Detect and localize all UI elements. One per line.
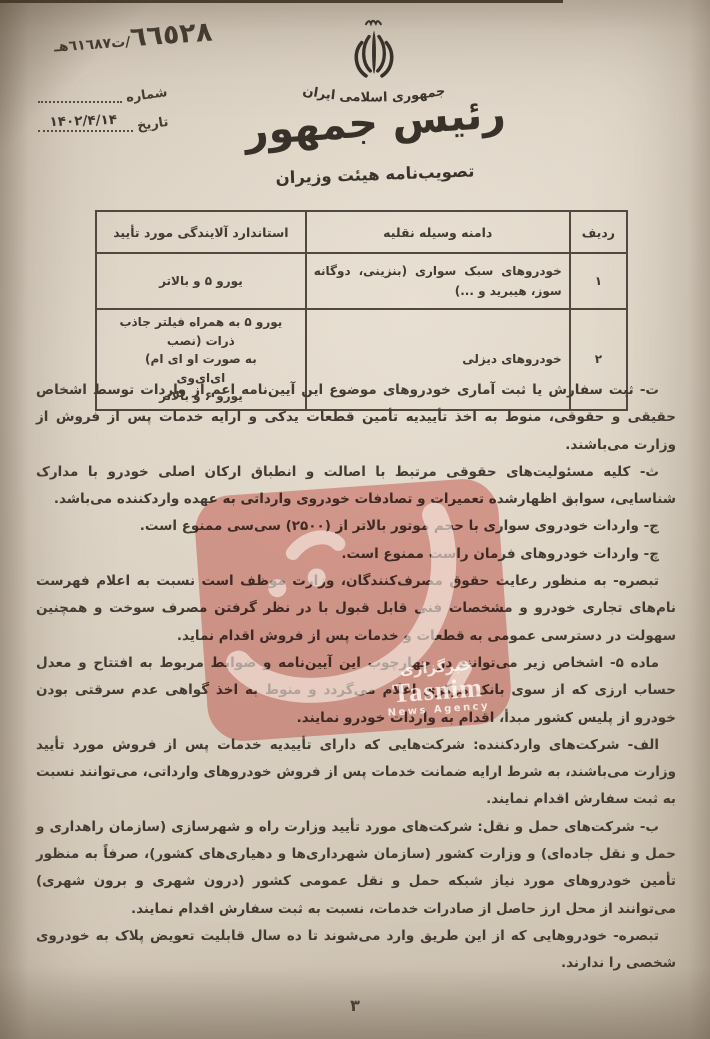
header-row-no: ردیف	[570, 211, 627, 253]
decree-number-main: ٦٦٥٢٨	[129, 16, 213, 53]
date-dotted-line: ۱۴۰۲/۴/۱۴	[38, 101, 133, 132]
body-paragraph: ت- ثبت سفارش یا ثبت آماری خودروهای موضوع…	[36, 377, 676, 459]
cabinet-decree-subtitle: تصویب‌نامه هیئت وزیران	[230, 160, 520, 189]
body-paragraph: تبصره- به منظور رعایت حقوق مصرف‌کنندگان،…	[36, 568, 676, 650]
body-paragraph: چ- واردات خودروهای فرمان راست ممنوع است.	[36, 541, 676, 568]
row1-no: ۱	[570, 253, 627, 309]
header-emission-standard: استاندارد آلایندگی مورد تأیید	[96, 211, 306, 253]
table-row: ۱ خودروهای سبک سواری (بنزینی، دوگانه سوز…	[96, 253, 627, 309]
date-label: تاریخ	[132, 114, 171, 134]
header-vehicle-scope: دامنه وسیله نقلیه	[306, 211, 570, 253]
date-value: ۱۴۰۲/۴/۱۴	[36, 111, 131, 130]
body-paragraph: الف- شرکت‌های واردکننده: شرکت‌هایی که دا…	[36, 732, 676, 814]
row1-vehicle: خودروهای سبک سواری (بنزینی، دوگانه سوز، …	[306, 253, 570, 309]
body-paragraph: ماده ۵- اشخاص زیر می‌توانند در چهارچوب ا…	[36, 650, 676, 732]
number-field: شماره	[38, 74, 170, 103]
body-paragraph: ج- واردات خودروی سواری با حجم موتور بالا…	[36, 513, 676, 540]
decree-number-suffix: /ت٦١٦٨٧هـ	[54, 34, 131, 55]
date-field: تاریخ ۱۴۰۲/۴/۱۴	[38, 103, 170, 132]
photo-top-edge-shadow	[0, 0, 563, 3]
decree-number: ٦٦٥٢٨/ت٦١٦٨٧هـ	[27, 15, 239, 61]
row1-standard: یورو ۵ و بالاتر	[96, 253, 306, 309]
row2-standard-line: به صورت او ای ام)	[104, 350, 298, 369]
body-paragraph: تبصره- خودروهایی که از این طریق وارد می‌…	[36, 923, 676, 978]
table-header-row: ردیف دامنه وسیله نقلیه استاندارد آلایندگ…	[96, 211, 627, 253]
decree-body: ت- ثبت سفارش یا ثبت آماری خودروهای موضوع…	[36, 377, 676, 978]
body-paragraph: ب- شرکت‌های حمل و نقل: شرکت‌های مورد تأی…	[36, 814, 676, 923]
decree-document-photo: ٦٦٥٢٨/ت٦١٦٨٧هـ شماره تاریخ ۱۴۰۲/۴/۱۴ جمه…	[0, 0, 710, 1039]
row2-standard-line: یورو ۵ به همراه فیلتر جاذب ذرات (نصب	[104, 313, 298, 350]
registration-fields: شماره تاریخ ۱۴۰۲/۴/۱۴	[38, 74, 170, 132]
body-paragraph: ث- کلیه مسئولیت‌های حقوقی مرتبط با اصالت…	[36, 459, 676, 514]
page-number: ۳	[0, 996, 710, 1015]
number-dotted-line	[38, 72, 122, 103]
